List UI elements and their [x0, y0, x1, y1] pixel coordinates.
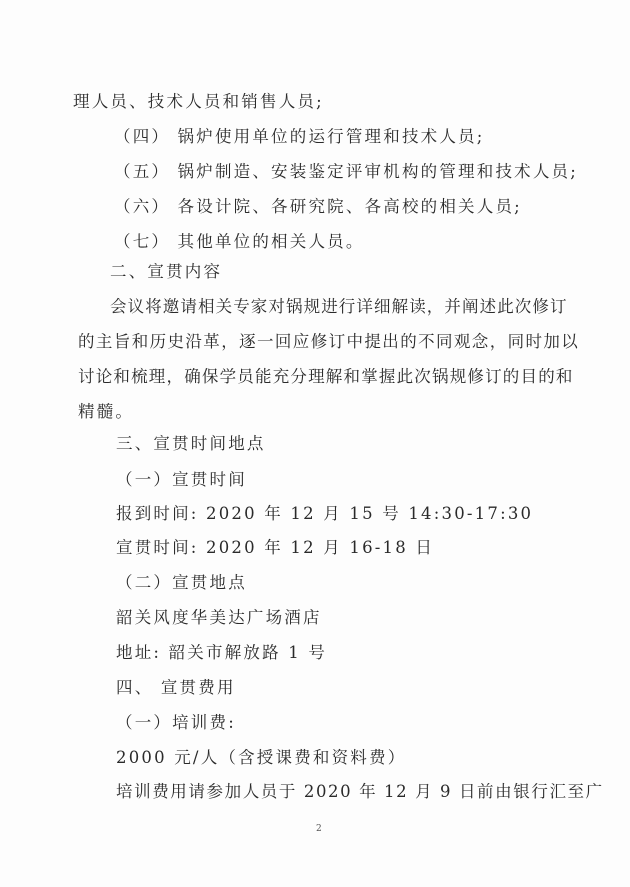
venue-name: 韶关风度华美达广场酒店: [116, 608, 322, 628]
section-heading-3: 三、宣贯时间地点: [116, 434, 266, 454]
fee-amount: 2000 元/人（含授课费和资料费）: [116, 748, 406, 768]
list-item-7: （七） 其他单位的相关人员。: [114, 232, 365, 252]
subheading: （一）宣贯时间: [116, 470, 247, 490]
paragraph-line: 精髓。: [78, 402, 134, 422]
payment-note: 培训费用请参加人员于 2020 年 12 月 9 日前由银行汇至广: [116, 782, 604, 802]
list-item-5: （五） 锅炉制造、安装鉴定评审机构的管理和技术人员;: [114, 162, 578, 182]
training-time: 宣贯时间: 2020 年 12 月 16-18 日: [116, 538, 434, 558]
section-heading-4: 四、 宣贯费用: [116, 678, 236, 698]
section-heading-2: 二、宣贯内容: [110, 262, 222, 282]
subheading: （二）宣贯地点: [116, 573, 247, 593]
text-line: 理人员、技术人员和销售人员;: [73, 92, 324, 112]
subheading: （一）培训费:: [116, 713, 236, 733]
list-item-6: （六） 各设计院、各研究院、各高校的相关人员;: [114, 197, 522, 217]
paragraph-line: 会议将邀请相关专家对锅规进行详细解读，并阐述此次修订: [110, 297, 568, 317]
venue-address: 地址: 韶关市解放路 1 号: [116, 643, 327, 663]
registration-time: 报到时间: 2020 年 12 月 15 号 14:30-17:30: [116, 504, 533, 524]
paragraph-line: 的主旨和历史沿革，逐一回应修订中提出的不同观念，同时加以: [78, 332, 579, 352]
paragraph-line: 讨论和梳理，确保学员能充分理解和掌握此次锅规修订的目的和: [78, 367, 574, 387]
list-item-4: （四） 锅炉使用单位的运行管理和技术人员;: [114, 127, 485, 147]
page-number: 2: [316, 824, 322, 834]
